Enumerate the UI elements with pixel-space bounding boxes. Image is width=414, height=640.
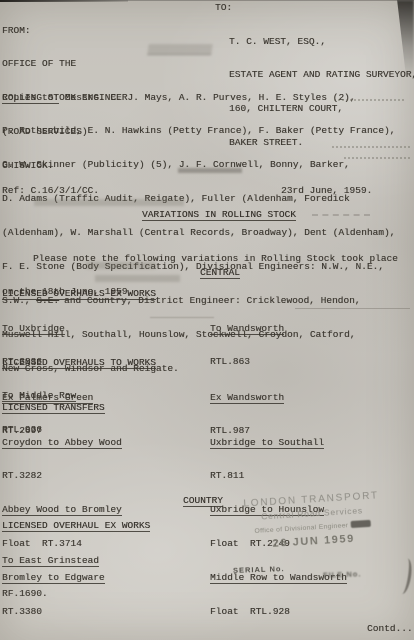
stamp-office-text: Office of Divisional Engineer <box>254 522 348 535</box>
route-line: To Wandsworth <box>210 323 284 334</box>
fleet-number: RT.3282 <box>2 470 122 481</box>
route-line: Ex Wandsworth <box>210 392 284 403</box>
central-heading-text: CENTRAL <box>200 267 240 279</box>
section-title-overhaul-ex-works-country: LICENSED OVERHAUL EX WORKS <box>2 520 150 531</box>
country-left-column: To East Grinstead RF.1690. <box>2 532 99 622</box>
fleet-number: Float RTL.928 <box>210 606 347 617</box>
stamp-serial-label: SERIAL No. <box>233 563 285 576</box>
fleet-number: RT.811 <box>210 470 347 481</box>
continued-note: Contd... <box>367 623 413 634</box>
route-line: Abbey Wood to Bromley <box>2 504 122 515</box>
scanned-memo-page: FROM: OFFICE OF THE ROLLING STOCK ENGINE… <box>0 0 414 640</box>
erased-text-smudge <box>147 44 213 55</box>
ink-squiggle-mark <box>393 557 413 595</box>
copies-line: G. W. Skinner (Publicity) (5), J. F. Cor… <box>2 159 410 170</box>
fleet-number: RTL.863 <box>210 356 284 367</box>
section-title-licensed-transfers: LICENSED TRANSFERS <box>2 402 105 413</box>
illegible-ink-blob <box>351 519 371 527</box>
route-name: Uxbridge to Southall <box>210 437 324 449</box>
section-title-overhauls-to-works: LICENSED OVERHAULS TO WORKS <box>2 357 156 368</box>
section-title-text: LICENSED TRANSFERS <box>2 402 105 414</box>
route-name: To Uxbridge <box>2 323 65 335</box>
country-heading: COUNTRY <box>183 495 223 506</box>
section-title-text: LICENSED OVERHAUL EX WORKS <box>2 520 150 532</box>
route-name: To Wandsworth <box>210 323 284 335</box>
route-line: To East Grinstead <box>2 555 99 566</box>
to-label: TO: <box>215 2 232 13</box>
receiving-stamp: LONDON TRANSPORT Central Road Services O… <box>236 490 389 552</box>
document-title: VARIATIONS IN ROLLING STOCK <box>142 209 296 220</box>
route-name: To East Grinstead <box>2 555 99 567</box>
route-line: Uxbridge to Southall <box>210 437 347 448</box>
to-line: T. C. WEST, ESQ., <box>229 36 414 47</box>
stamp-file-label: FILE No. <box>323 568 362 581</box>
document-title-text: VARIATIONS IN ROLLING STOCK <box>142 209 296 221</box>
copies-line-text: Messrs. C. J. Mays, A. R. Purves, H. E. … <box>59 92 355 103</box>
intro-line: Please note the following variations in … <box>2 253 410 264</box>
section-title-overhauls-ex-works: LICENSED OVERHAULS EX WORKS <box>2 288 156 299</box>
reference-number: Ref: C.16/3/1/CC. <box>2 185 99 196</box>
route-line: Croydon to Abbey Wood <box>2 437 122 448</box>
route-line: To Uxbridge <box>2 323 76 334</box>
copies-line: P. Rothschild, E. N. Hawkins (Petty Fran… <box>2 125 410 136</box>
country-heading-text: COUNTRY <box>183 495 223 507</box>
central-heading: CENTRAL <box>200 267 240 278</box>
copies-to-label: Copies to: <box>2 92 59 104</box>
scan-top-hairline <box>0 0 414 1</box>
route-name: Croydon to Abbey Wood <box>2 437 122 449</box>
section-title-text: LICENSED OVERHAULS EX WORKS <box>2 288 156 300</box>
from-label: FROM: <box>2 25 127 36</box>
route-name: Ex Wandsworth <box>210 392 284 404</box>
section-title-text: LICENSED OVERHAULS TO WORKS <box>2 357 156 369</box>
route-name: Abbey Wood to Bromley <box>2 504 122 516</box>
document-date: 23rd June, 1959. <box>281 185 372 196</box>
fleet-number: RF.1690. <box>2 588 99 599</box>
copies-line: Copies to: Messrs. C. J. Mays, A. R. Pur… <box>2 92 410 103</box>
